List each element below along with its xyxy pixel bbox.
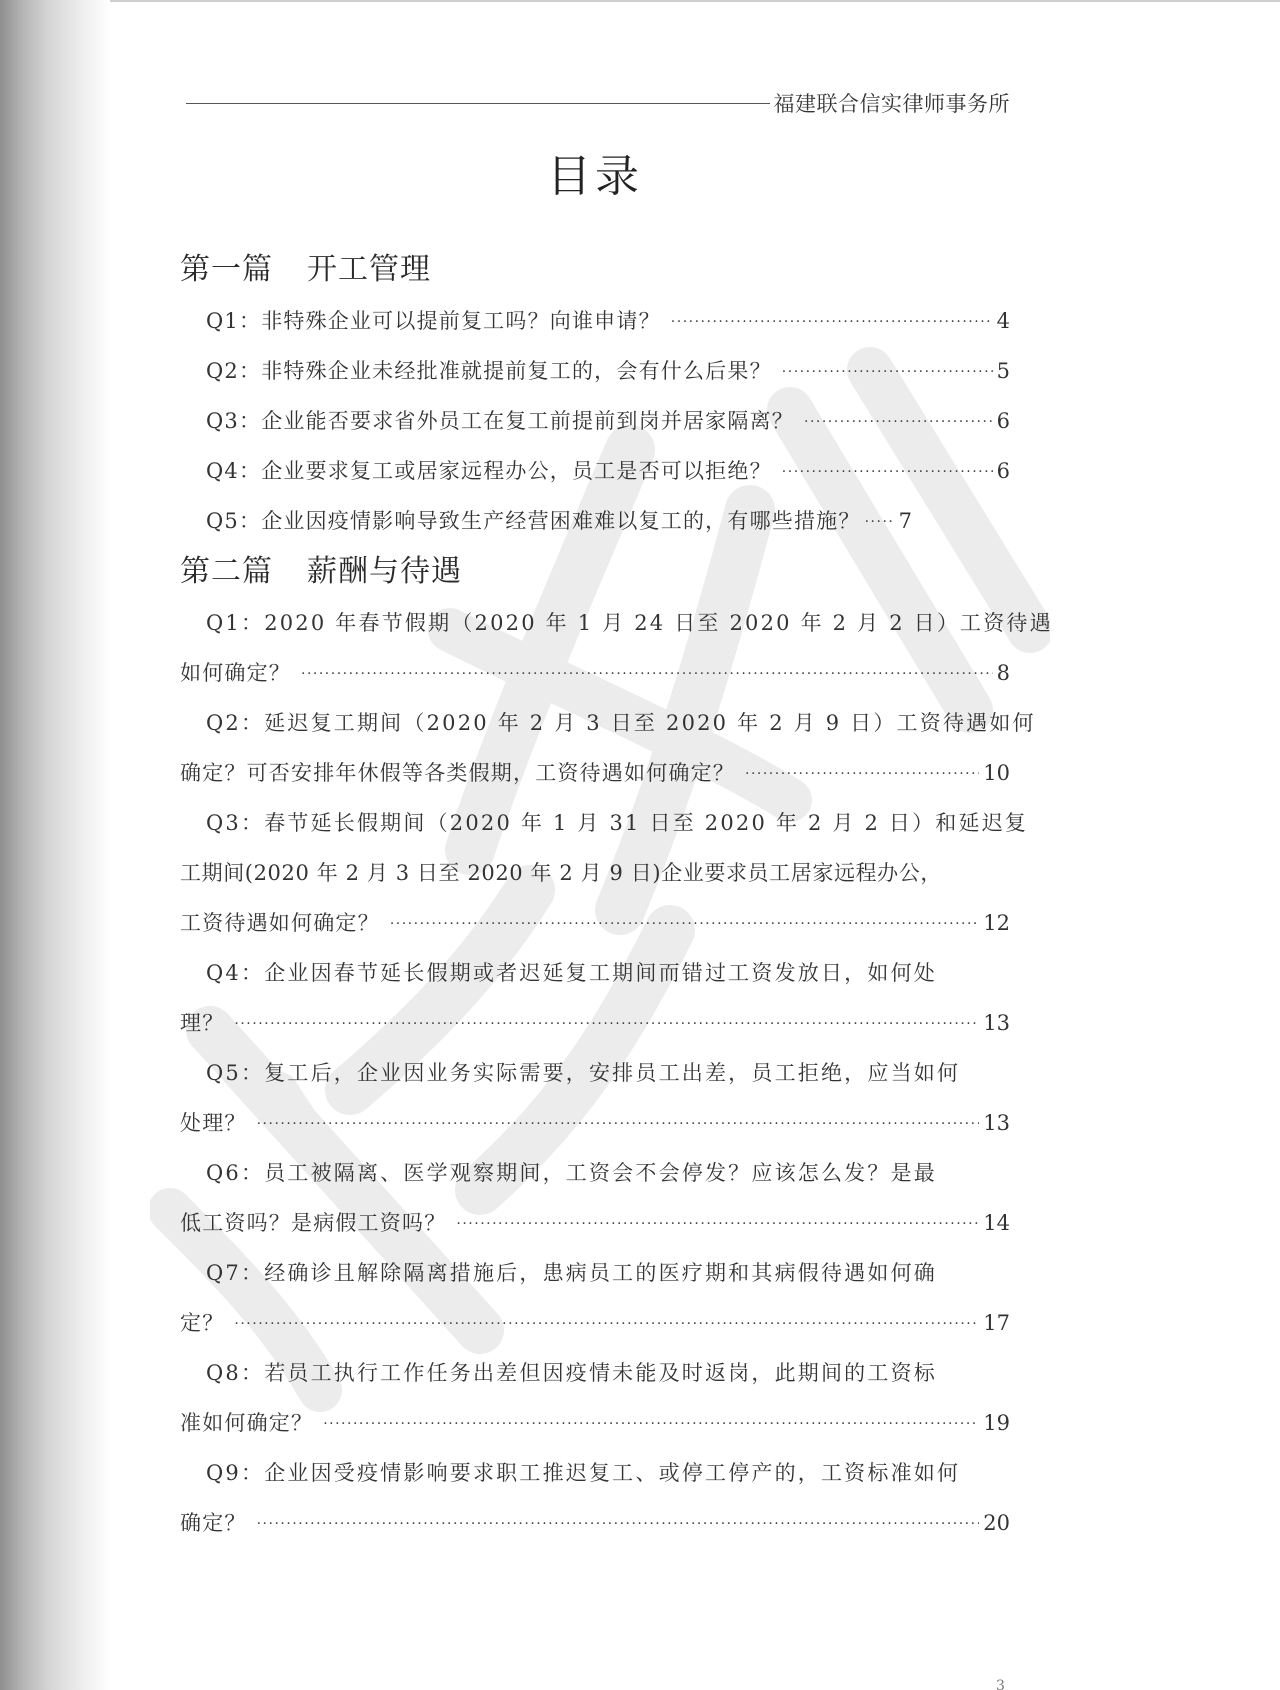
- dot-leader: [323, 1417, 979, 1431]
- entry-text-line-1: 员工被隔离、医学观察期间，工资会不会停发？应该怎么发？是最: [264, 1161, 937, 1185]
- colon: ：: [241, 611, 264, 635]
- question-number: Q2: [206, 711, 241, 735]
- running-header: 福建联合信实律师事务所: [186, 88, 1010, 118]
- document-page: 福建联合信实律师事务所 目录 第一篇开工管理 Q1：非特殊企业可以提前复工吗？向…: [0, 0, 1280, 1690]
- book-gutter-shadow: [0, 0, 110, 1690]
- entry-text-line-1: 若员工执行工作任务出差但因疫情未能及时返岗，此期间的工资标: [264, 1361, 937, 1385]
- entry-line: 确定？20: [180, 1498, 1010, 1548]
- toc-entry[interactable]: Q1：非特殊企业可以提前复工吗？向谁申请？4: [180, 296, 1010, 346]
- page-number: 17: [983, 1298, 1010, 1348]
- question-number: Q1: [206, 296, 239, 346]
- toc-entry[interactable]: Q8：若员工执行工作任务出差但因疫情未能及时返岗，此期间的工资标 准如何确定？1…: [180, 1348, 1010, 1448]
- entry-text: Q4：企业因春节延长假期或者迟延复工期间而错过工资发放日，如何处: [206, 948, 937, 998]
- toc-entry[interactable]: Q5：企业因疫情影响导致生产经营困难难以复工的，有哪些措施？7: [180, 496, 1010, 546]
- colon: ：: [239, 346, 261, 396]
- dot-leader: [234, 1017, 979, 1031]
- part-1-entries: Q1：非特殊企业可以提前复工吗？向谁申请？4 Q2：非特殊企业未经批准就提前复工…: [180, 296, 1010, 546]
- entry-line: 低工资吗？是病假工资吗？14: [180, 1198, 1010, 1248]
- colon: ：: [239, 496, 261, 546]
- page-number: 13: [983, 998, 1010, 1048]
- page-number: 7: [899, 496, 912, 546]
- page-number: 6: [997, 396, 1010, 446]
- page-number: 4: [997, 296, 1010, 346]
- header-rule: [186, 103, 770, 104]
- entry-line: 工资待遇如何确定？12: [180, 898, 1010, 948]
- question-number: Q5: [206, 496, 239, 546]
- entry-line: Q4：企业因春节延长假期或者迟延复工期间而错过工资发放日，如何处: [180, 948, 1010, 998]
- page-number: 14: [983, 1198, 1010, 1248]
- toc-entry[interactable]: Q3：企业能否要求省外员工在复工前提前到岗并居家隔离？6: [180, 396, 1010, 446]
- dot-leader: [301, 667, 993, 681]
- page-number: 10: [983, 748, 1010, 798]
- colon: ：: [241, 1361, 264, 1385]
- toc-entry[interactable]: Q4：企业要求复工或居家远程办公，员工是否可以拒绝？6: [180, 446, 1010, 496]
- part-2-entries: Q1：2020 年春节假期（2020 年 1 月 24 日至 2020 年 2 …: [180, 598, 1010, 1548]
- entry-text-line-2: 确定？: [180, 1498, 247, 1548]
- part-heading-1: 第一篇开工管理: [180, 244, 1010, 296]
- entry-text: 企业能否要求省外员工在复工前提前到岗并居家隔离？: [261, 396, 794, 446]
- dot-leader: [804, 415, 993, 429]
- entry-text: Q5：复工后，企业因业务实际需要，安排员工出差，员工拒绝，应当如何: [206, 1048, 960, 1098]
- part-name: 薪酬与待遇: [307, 554, 462, 589]
- colon: ：: [239, 446, 261, 496]
- entry-line: 理？13: [180, 998, 1010, 1048]
- entry-text-line-1: 企业因春节延长假期或者迟延复工期间而错过工资发放日，如何处: [264, 961, 937, 985]
- dot-leader: [257, 1517, 980, 1531]
- entry-line: 确定？可否安排年休假等各类假期，工资待遇如何确定？10: [180, 748, 1010, 798]
- entry-text: Q1：2020 年春节假期（2020 年 1 月 24 日至 2020 年 2 …: [206, 598, 1053, 648]
- entry-text-line-1: 延迟复工期间（2020 年 2 月 3 日至 2020 年 2 月 9 日）工资…: [264, 711, 1036, 735]
- entry-text-line-2: 低工资吗？是病假工资吗？: [180, 1198, 446, 1248]
- entry-text: 非特殊企业可以提前复工吗？向谁申请？: [261, 296, 661, 346]
- page-number: 5: [997, 346, 1010, 396]
- dot-leader: [257, 1117, 980, 1131]
- toc-entry[interactable]: Q2：非特殊企业未经批准就提前复工的，会有什么后果？5: [180, 346, 1010, 396]
- entry-text: Q9：企业因受疫情影响要求职工推迟复工、或停工停产的，工资标准如何: [206, 1448, 960, 1498]
- dot-leader: [671, 315, 993, 329]
- entry-line: 定？17: [180, 1298, 1010, 1348]
- toc-entry[interactable]: Q4：企业因春节延长假期或者迟延复工期间而错过工资发放日，如何处 理？13: [180, 948, 1010, 1048]
- entry-text: 企业要求复工或居家远程办公，员工是否可以拒绝？: [261, 446, 772, 496]
- dot-leader: [865, 515, 895, 529]
- colon: ：: [239, 296, 261, 346]
- colon: ：: [241, 961, 264, 985]
- entry-text: Q8：若员工执行工作任务出差但因疫情未能及时返岗，此期间的工资标: [206, 1348, 937, 1398]
- question-number: Q3: [206, 396, 239, 446]
- page-number: 13: [983, 1098, 1010, 1148]
- entry-line: 如何确定？8: [180, 648, 1010, 698]
- toc-entry[interactable]: Q7：经确诊且解除隔离措施后，患病员工的医疗期和其病假待遇如何确 定？17: [180, 1248, 1010, 1348]
- entry-line: Q6：员工被隔离、医学观察期间，工资会不会停发？应该怎么发？是最: [180, 1148, 1010, 1198]
- colon: ：: [241, 1261, 264, 1285]
- dot-leader: [745, 767, 979, 781]
- entry-text-line-2: 如何确定？: [180, 648, 291, 698]
- entry-line: Q8：若员工执行工作任务出差但因疫情未能及时返岗，此期间的工资标: [180, 1348, 1010, 1398]
- entry-line: Q5：复工后，企业因业务实际需要，安排员工出差，员工拒绝，应当如何: [180, 1048, 1010, 1098]
- question-number: Q7: [206, 1261, 241, 1285]
- question-number: Q9: [206, 1461, 241, 1485]
- page-number: 20: [983, 1498, 1010, 1548]
- entry-text-line-1: 企业因受疫情影响要求职工推迟复工、或停工停产的，工资标准如何: [264, 1461, 960, 1485]
- toc-entry[interactable]: Q5：复工后，企业因业务实际需要，安排员工出差，员工拒绝，应当如何 处理？13: [180, 1048, 1010, 1148]
- entry-line: 工期间(2020 年 2 月 3 日至 2020 年 2 月 9 日)企业要求员…: [180, 848, 1010, 898]
- entry-text-line-1: 2020 年春节假期（2020 年 1 月 24 日至 2020 年 2 月 2…: [264, 611, 1053, 635]
- entry-text: 企业因疫情影响导致生产经营困难难以复工的，有哪些措施？: [261, 496, 860, 546]
- question-number: Q2: [206, 346, 239, 396]
- colon: ：: [241, 1461, 264, 1485]
- page-top-edge: [0, 0, 1280, 2]
- entry-text: Q2：延迟复工期间（2020 年 2 月 3 日至 2020 年 2 月 9 日…: [206, 698, 1036, 748]
- footer-page-number: 3: [996, 1678, 1005, 1690]
- entry-line: Q7：经确诊且解除隔离措施后，患病员工的医疗期和其病假待遇如何确: [180, 1248, 1010, 1298]
- toc-entry[interactable]: Q2：延迟复工期间（2020 年 2 月 3 日至 2020 年 2 月 9 日…: [180, 698, 1010, 798]
- dot-leader: [782, 365, 993, 379]
- part-name: 开工管理: [307, 252, 431, 287]
- dot-leader: [234, 1317, 979, 1331]
- entry-line: Q1：2020 年春节假期（2020 年 1 月 24 日至 2020 年 2 …: [180, 598, 1010, 648]
- page-number: 6: [997, 446, 1010, 496]
- entry-text: Q7：经确诊且解除隔离措施后，患病员工的医疗期和其病假待遇如何确: [206, 1248, 937, 1298]
- colon: ：: [239, 396, 261, 446]
- colon: ：: [241, 811, 264, 835]
- entry-text-line-3: 工资待遇如何确定？: [180, 898, 380, 948]
- question-number: Q4: [206, 446, 239, 496]
- part-heading-2: 第二篇薪酬与待遇: [180, 546, 1010, 598]
- dot-leader: [782, 465, 993, 479]
- question-number: Q4: [206, 961, 241, 985]
- entry-text-line-2: 理？: [180, 998, 224, 1048]
- dot-leader: [456, 1217, 979, 1231]
- toc-entry[interactable]: Q3：春节延长假期间（2020 年 1 月 31 日至 2020 年 2 月 2…: [180, 798, 1010, 948]
- page-number: 8: [997, 648, 1010, 698]
- entry-line: 准如何确定？19: [180, 1398, 1010, 1448]
- colon: ：: [241, 711, 264, 735]
- entry-text: Q3：春节延长假期间（2020 年 1 月 31 日至 2020 年 2 月 2…: [206, 798, 1028, 848]
- entry-line: Q3：春节延长假期间（2020 年 1 月 31 日至 2020 年 2 月 2…: [180, 798, 1010, 848]
- firm-name: 福建联合信实律师事务所: [774, 88, 1011, 118]
- entry-text: 非特殊企业未经批准就提前复工的，会有什么后果？: [261, 346, 772, 396]
- entry-text-line-2: 定？: [180, 1298, 224, 1348]
- question-number: Q5: [206, 1061, 241, 1085]
- colon: ：: [241, 1061, 264, 1085]
- question-number: Q6: [206, 1161, 241, 1185]
- page-title: 目录: [0, 140, 1190, 204]
- entry-line: Q9：企业因受疫情影响要求职工推迟复工、或停工停产的，工资标准如何: [180, 1448, 1010, 1498]
- page-number: 12: [983, 898, 1010, 948]
- page-number: 19: [983, 1398, 1010, 1448]
- entry-line: Q2：延迟复工期间（2020 年 2 月 3 日至 2020 年 2 月 9 日…: [180, 698, 1010, 748]
- question-number: Q1: [206, 611, 241, 635]
- entry-text-line-1: 经确诊且解除隔离措施后，患病员工的医疗期和其病假待遇如何确: [264, 1261, 937, 1285]
- entry-text-line-2: 处理？: [180, 1098, 247, 1148]
- colon: ：: [241, 1161, 264, 1185]
- question-number: Q8: [206, 1361, 241, 1385]
- table-of-contents: 第一篇开工管理 Q1：非特殊企业可以提前复工吗？向谁申请？4 Q2：非特殊企业未…: [180, 244, 1010, 1548]
- entry-text-line-2: 工期间(2020 年 2 月 3 日至 2020 年 2 月 9 日)企业要求员…: [180, 848, 942, 898]
- entry-text-line-2: 准如何确定？: [180, 1398, 313, 1448]
- toc-entry[interactable]: Q9：企业因受疫情影响要求职工推迟复工、或停工停产的，工资标准如何 确定？20: [180, 1448, 1010, 1548]
- dot-leader: [390, 917, 979, 931]
- entry-text-line-1: 复工后，企业因业务实际需要，安排员工出差，员工拒绝，应当如何: [264, 1061, 960, 1085]
- toc-entry[interactable]: Q1：2020 年春节假期（2020 年 1 月 24 日至 2020 年 2 …: [180, 598, 1010, 698]
- toc-entry[interactable]: Q6：员工被隔离、医学观察期间，工资会不会停发？应该怎么发？是最 低工资吗？是病…: [180, 1148, 1010, 1248]
- part-number: 第二篇: [180, 554, 273, 589]
- entry-text-line-2: 确定？可否安排年休假等各类假期，工资待遇如何确定？: [180, 748, 735, 798]
- entry-text: Q6：员工被隔离、医学观察期间，工资会不会停发？应该怎么发？是最: [206, 1148, 937, 1198]
- part-number: 第一篇: [180, 252, 273, 287]
- entry-line: 处理？13: [180, 1098, 1010, 1148]
- question-number: Q3: [206, 811, 241, 835]
- entry-text-line-1: 春节延长假期间（2020 年 1 月 31 日至 2020 年 2 月 2 日）…: [264, 811, 1028, 835]
